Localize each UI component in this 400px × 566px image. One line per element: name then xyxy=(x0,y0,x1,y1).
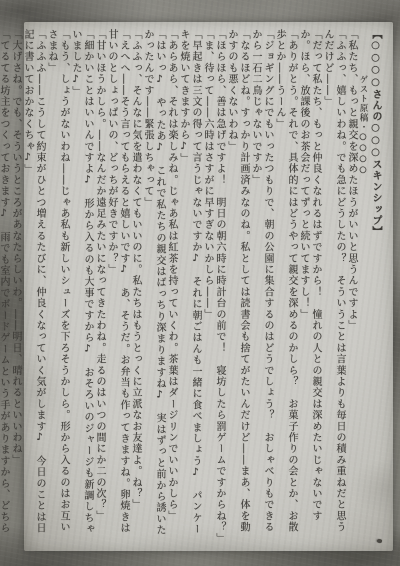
ink-speck xyxy=(377,538,383,543)
dialogue-paragraph: 「大げさね。でも、そういうところがあなたらしいわ。――明日、晴れるといいわね」 xyxy=(9,29,21,541)
dialogue-paragraph: 「はいっ♪ やったあ♪ これで私たちの親交はばっちり深まりますね♪ 実はずっと前… xyxy=(141,29,165,541)
dialogue-paragraph: 「早起きは三文の得って言うじゃないですか♪ それに朝ごはんも一緒に食べましょう♪… xyxy=(177,29,201,541)
page-title: 【○○○○さんの○○○スキンシップ】 xyxy=(369,29,381,541)
dialogue-paragraph: 「えへへ――そう言ってもらえると嬉しいです♪ あ、そうだ。お弁当も作ってきますね… xyxy=(105,29,129,541)
dialogue-paragraph: 「甘いほうかしら。――なんだか遠足みたいになってきたわね。走るのはいつの間にか二… xyxy=(93,29,105,541)
dialogue-paragraph: 「ジョギングにでもいったつもりで、朝の公園に集合するのはどうでしょう？ おしゃべ… xyxy=(249,29,273,541)
guest-credit: ゲスト原稿・○○○○ xyxy=(357,29,369,541)
dialogue-paragraph: 「私たち、もっと親交を深めたほうがいいと思うんですよ」 xyxy=(345,29,357,541)
dialogue-paragraph: 「ふふっ、そんなに気を遣わなくてもいいのに。私たちはもうとっくに立派なお友達よ。… xyxy=(129,29,141,541)
dialogue-paragraph: 「だって私たち、もっと仲良くなれるはずですから！ 憧れの人との親交は深めたいじゃ… xyxy=(297,29,321,541)
dialogue-paragraph: 「ほらほら、善は急げですよ！ 明日の朝六時に時計台の前で！ 寝坊したら罰ゲームで… xyxy=(213,29,225,541)
dialogue-paragraph: 「もう、しょうがないわね――じゃあ私も新しいシューズを下ろそうかしら。形から入る… xyxy=(45,29,69,541)
scanned-book-page: 【○○○○さんの○○○スキンシップ】 ゲスト原稿・○○○○ 「私たち、もっと親交… xyxy=(0,0,400,566)
dialogue-paragraph: 「あらあら、それは楽しみね。じゃあ私は紅茶を持っていくわ。茶葉はダージリンでいい… xyxy=(165,29,177,541)
dialogue-paragraph: 「ま、待って――六時はさすがに早すぎないかしら――」 xyxy=(201,29,213,541)
paper-sheet: 【○○○○さんの○○○スキンシップ】 ゲスト原稿・○○○○ 「私たち、もっと親交… xyxy=(24,22,393,551)
page-text: 【○○○○さんの○○○スキンシップ】 ゲスト原稿・○○○○ 「私たち、もっと親交… xyxy=(29,29,381,541)
dialogue-paragraph: 「ふふっ、嬉しいわね。でも急にどうしたの？ そういうことは言葉よりも毎日の積み重… xyxy=(321,29,345,541)
dialogue-paragraph: 「ふふふ――こうして約束がひとつ増えるたびに、仲良くなっていく気がします♪ 今日… xyxy=(21,29,45,541)
dialogue-paragraph: 「てるてる坊主をつくっておきます♪ 雨でも室内でボードゲームという手がありますか… xyxy=(0,29,9,541)
dialogue-paragraph: 「なるほどね。すっかり計画済みなのね。私としては読書会も捨てがたいんだけど――ま… xyxy=(225,29,249,541)
dialogue-paragraph: 「細かいことはいいんですよ♪ 形から入るのも大事ですから♪ おそろいのジャージも… xyxy=(69,29,93,541)
dialogue-paragraph: 「ありがとう。それで、具体的にはどうやって親交を深めるのかしら？ お菓子作りの会… xyxy=(273,29,297,541)
